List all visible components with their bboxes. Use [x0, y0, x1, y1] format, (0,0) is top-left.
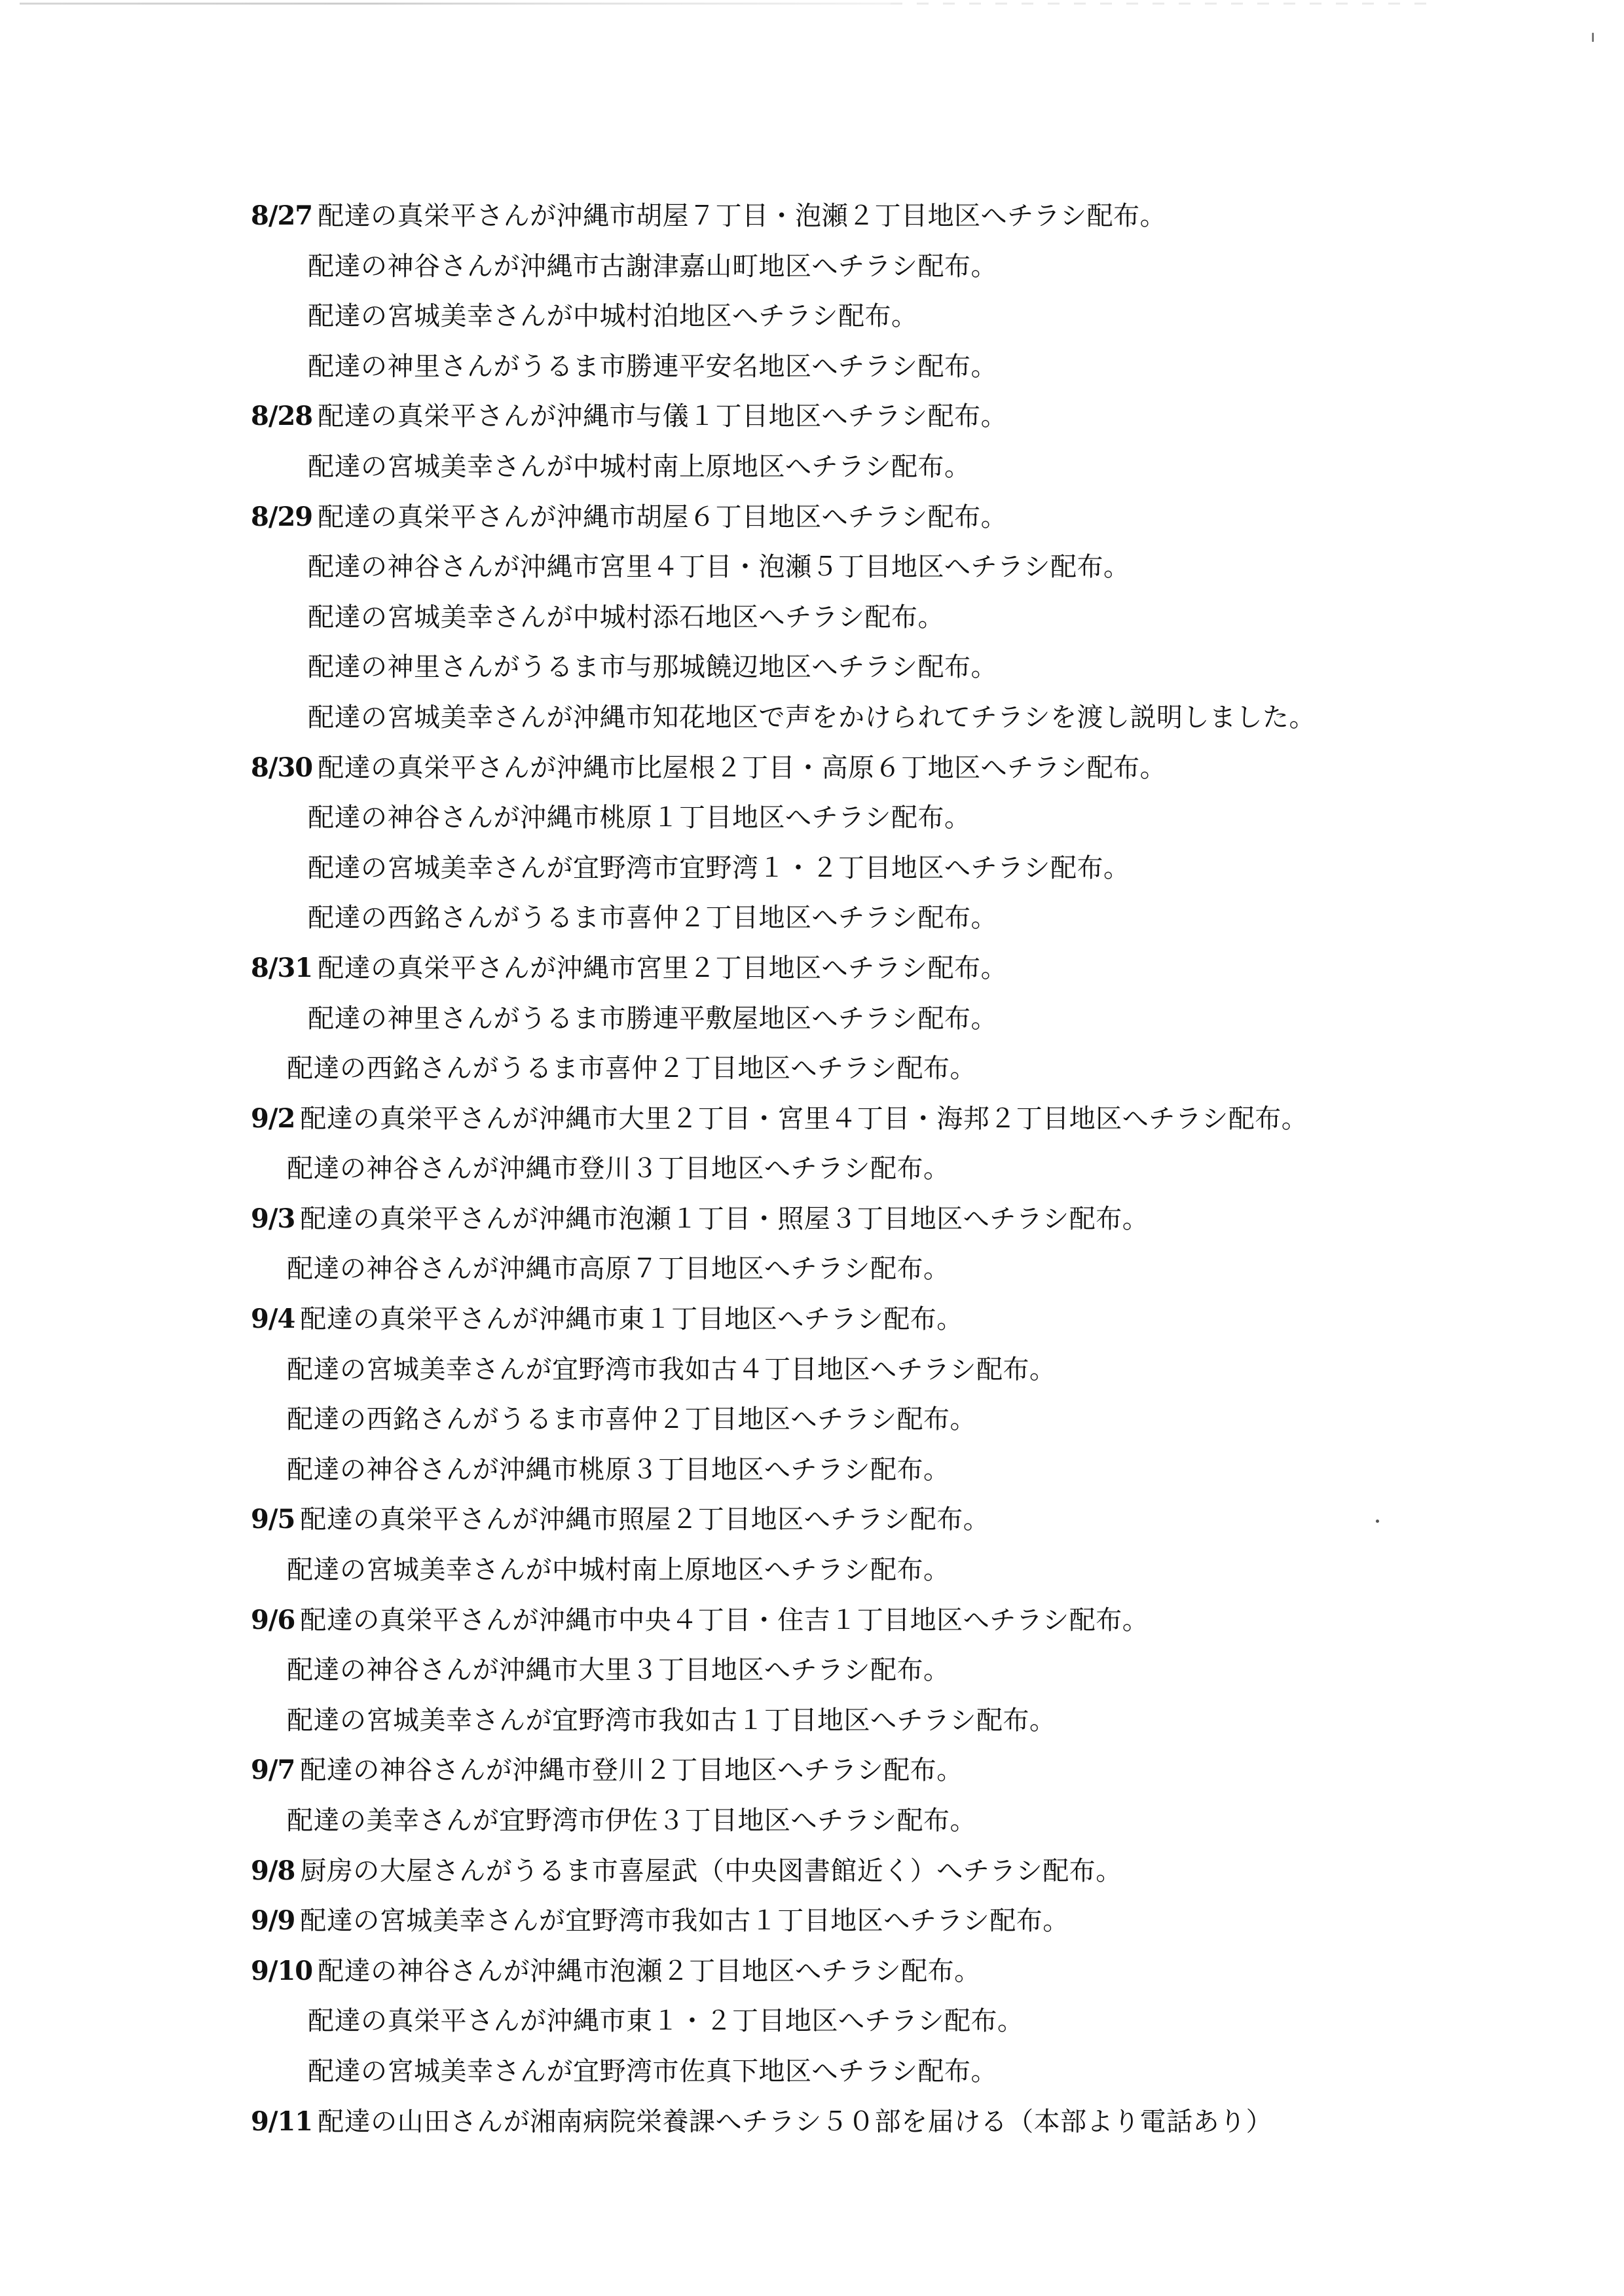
log-entry-dated: 8/29配達の真栄平さんが沖縄市胡屋６丁目地区へチラシ配布。: [0, 501, 1624, 552]
log-entry-dated: 9/4配達の真栄平さんが沖縄市東１丁目地区へチラシ配布。: [0, 1303, 1624, 1354]
entry-text: 配達の山田さんが湘南病院栄養課へチラシ５０部を届ける（本部より電話あり）: [318, 2107, 1272, 2137]
log-entry: 配達の宮城美幸さんが宜野湾市我如古４丁目地区へチラシ配布。: [0, 1354, 1624, 1404]
log-entry: 配達の宮城美幸さんが中城村南上原地区へチラシ配布。: [0, 1554, 1624, 1605]
entry-text: 配達の神谷さんが沖縄市泡瀬２丁目地区へチラシ配布。: [318, 1956, 981, 1986]
entry-text: 配達の宮城美幸さんが沖縄市知花地区で声をかけられてチラシを渡し説明しました。: [308, 702, 1316, 733]
log-entry: 配達の神谷さんが沖縄市大里３丁目地区へチラシ配布。: [0, 1654, 1624, 1705]
entry-text: 配達の真栄平さんが沖縄市胡屋６丁目地区へチラシ配布。: [318, 502, 1007, 532]
log-entry: 配達の美幸さんが宜野湾市伊佐３丁目地区へチラシ配布。: [0, 1805, 1624, 1855]
log-entry-dated: 9/5配達の真栄平さんが沖縄市照屋２丁目地区へチラシ配布。: [0, 1504, 1624, 1554]
entry-text: 配達の西銘さんがうるま市喜仲２丁目地区へチラシ配布。: [287, 1053, 976, 1084]
entry-text: 配達の宮城美幸さんが宜野湾市佐真下地区へチラシ配布。: [308, 2056, 997, 2086]
entry-text: 配達の宮城美幸さんが中城村南上原地区へチラシ配布。: [308, 452, 971, 482]
scan-artifact-top-edge: [20, 3, 891, 5]
log-entry: 配達の神谷さんが沖縄市宮里４丁目・泡瀬５丁目地区へチラシ配布。: [0, 551, 1624, 602]
entry-date: 9/3: [251, 1203, 295, 1234]
log-entry-dated: 9/6配達の真栄平さんが沖縄市中央４丁目・住吉１丁目地区へチラシ配布。: [0, 1605, 1624, 1655]
entry-text: 厨房の大屋さんがうるま市喜屋武（中央図書館近く）へチラシ配布。: [300, 1856, 1122, 1886]
entry-date: 8/27: [251, 200, 312, 231]
entry-text: 配達の西銘さんがうるま市喜仲２丁目地区へチラシ配布。: [287, 1404, 976, 1434]
entry-date: 9/11: [251, 2106, 312, 2137]
entry-text: 配達の真栄平さんが沖縄市中央４丁目・住吉１丁目地区へチラシ配布。: [300, 1605, 1149, 1635]
log-entry: 配達の神谷さんが沖縄市古謝津嘉山町地区へチラシ配布。: [0, 251, 1624, 301]
entry-date: 9/4: [251, 1303, 295, 1334]
entry-text: 配達の神谷さんが沖縄市登川２丁目地区へチラシ配布。: [300, 1755, 963, 1785]
entry-text: 配達の真栄平さんが沖縄市東１丁目地区へチラシ配布。: [300, 1304, 963, 1334]
entry-text: 配達の神里さんがうるま市勝連平敷屋地区へチラシ配布。: [308, 1004, 997, 1034]
entry-text: 配達の西銘さんがうるま市喜仲２丁目地区へチラシ配布。: [308, 903, 997, 933]
flyer-distribution-log: 8/27配達の真栄平さんが沖縄市胡屋７丁目・泡瀬２丁目地区へチラシ配布。配達の神…: [0, 200, 1624, 2156]
entry-text: 配達の宮城美幸さんが中城村南上原地区へチラシ配布。: [287, 1555, 950, 1585]
entry-text: 配達の神谷さんが沖縄市登川３丁目地区へチラシ配布。: [287, 1154, 950, 1184]
entry-date: 9/8: [251, 1855, 295, 1886]
entry-text: 配達の真栄平さんが沖縄市与儀１丁目地区へチラシ配布。: [318, 401, 1007, 431]
entry-text: 配達の宮城美幸さんが中城村泊地区へチラシ配布。: [308, 301, 918, 331]
scan-artifact-top-edge-faint: [891, 3, 1428, 5]
log-entry: 配達の宮城美幸さんが沖縄市知花地区で声をかけられてチラシを渡し説明しました。: [0, 702, 1624, 752]
log-entry: 配達の神谷さんが沖縄市桃原１丁目地区へチラシ配布。: [0, 802, 1624, 852]
log-entry: 配達の西銘さんがうるま市喜仲２丁目地区へチラシ配布。: [0, 902, 1624, 953]
log-entry: 配達の神里さんがうるま市勝連平安名地区へチラシ配布。: [0, 351, 1624, 401]
entry-text: 配達の宮城美幸さんが宜野湾市我如古１丁目地区へチラシ配布。: [300, 1906, 1069, 1936]
entry-date: 8/30: [251, 752, 312, 783]
entry-text: 配達の神谷さんが沖縄市宮里４丁目・泡瀬５丁目地区へチラシ配布。: [308, 552, 1130, 582]
log-entry: 配達の宮城美幸さんが宜野湾市我如古１丁目地区へチラシ配布。: [0, 1705, 1624, 1755]
entry-text: 配達の神谷さんが沖縄市桃原１丁目地区へチラシ配布。: [308, 803, 971, 833]
log-entry: 配達の宮城美幸さんが宜野湾市宜野湾１・２丁目地区へチラシ配布。: [0, 852, 1624, 903]
entry-text: 配達の神谷さんが沖縄市桃原３丁目地区へチラシ配布。: [287, 1455, 950, 1485]
log-entry-dated: 9/2配達の真栄平さんが沖縄市大里２丁目・宮里４丁目・海邦２丁目地区へチラシ配布…: [0, 1103, 1624, 1154]
log-entry: 配達の神谷さんが沖縄市登川３丁目地区へチラシ配布。: [0, 1153, 1624, 1203]
entry-text: 配達の宮城美幸さんが宜野湾市我如古４丁目地区へチラシ配布。: [287, 1355, 1056, 1385]
entry-text: 配達の神里さんがうるま市勝連平安名地区へチラシ配布。: [308, 352, 997, 382]
entry-text: 配達の宮城美幸さんが中城村添石地区へチラシ配布。: [308, 602, 944, 632]
entry-date: 8/31: [251, 953, 312, 983]
log-entry: 配達の神谷さんが沖縄市高原７丁目地区へチラシ配布。: [0, 1253, 1624, 1303]
entry-text: 配達の真栄平さんが沖縄市大里２丁目・宮里４丁目・海邦２丁目地区へチラシ配布。: [300, 1104, 1308, 1134]
log-entry: 配達の宮城美幸さんが中城村南上原地区へチラシ配布。: [0, 451, 1624, 501]
log-entry-dated: 8/28配達の真栄平さんが沖縄市与儀１丁目地区へチラシ配布。: [0, 401, 1624, 451]
entry-date: 9/10: [251, 1956, 312, 1986]
log-entry-dated: 9/7配達の神谷さんが沖縄市登川２丁目地区へチラシ配布。: [0, 1755, 1624, 1805]
entry-text: 配達の真栄平さんが沖縄市胡屋７丁目・泡瀬２丁目地区へチラシ配布。: [318, 201, 1166, 231]
log-entry: 配達の西銘さんがうるま市喜仲２丁目地区へチラシ配布。: [0, 1053, 1624, 1103]
log-entry: 配達の宮城美幸さんが宜野湾市佐真下地区へチラシ配布。: [0, 2056, 1624, 2106]
entry-text: 配達の神谷さんが沖縄市古謝津嘉山町地区へチラシ配布。: [308, 251, 997, 282]
log-entry-dated: 9/9配達の宮城美幸さんが宜野湾市我如古１丁目地区へチラシ配布。: [0, 1905, 1624, 1956]
entry-text: 配達の真栄平さんが沖縄市宮里２丁目地区へチラシ配布。: [318, 953, 1007, 983]
entry-text: 配達の真栄平さんが沖縄市比屋根２丁目・高原６丁地区へチラシ配布。: [318, 753, 1166, 783]
log-entry-dated: 9/11配達の山田さんが湘南病院栄養課へチラシ５０部を届ける（本部より電話あり）: [0, 2106, 1624, 2157]
entry-text: 配達の神里さんがうるま市与那城饒辺地区へチラシ配布。: [308, 652, 997, 682]
log-entry-dated: 8/31配達の真栄平さんが沖縄市宮里２丁目地区へチラシ配布。: [0, 953, 1624, 1003]
log-entry-dated: 9/8厨房の大屋さんがうるま市喜屋武（中央図書館近く）へチラシ配布。: [0, 1855, 1624, 1906]
log-entry: 配達の真栄平さんが沖縄市東１・２丁目地区へチラシ配布。: [0, 2005, 1624, 2056]
entry-text: 配達の神谷さんが沖縄市大里３丁目地区へチラシ配布。: [287, 1655, 950, 1685]
entry-text: 配達の宮城美幸さんが宜野湾市宜野湾１・２丁目地区へチラシ配布。: [308, 853, 1130, 883]
entry-date: 9/2: [251, 1103, 295, 1134]
log-entry-dated: 9/10配達の神谷さんが沖縄市泡瀬２丁目地区へチラシ配布。: [0, 1956, 1624, 2006]
entry-date: 8/29: [251, 501, 312, 532]
log-entry: 配達の西銘さんがうるま市喜仲２丁目地区へチラシ配布。: [0, 1404, 1624, 1454]
entry-date: 9/9: [251, 1905, 295, 1936]
entry-text: 配達の真栄平さんが沖縄市東１・２丁目地区へチラシ配布。: [308, 2006, 1024, 2036]
entry-text: 配達の真栄平さんが沖縄市泡瀬１丁目・照屋３丁目地区へチラシ配布。: [300, 1204, 1149, 1234]
scan-speck: [1592, 33, 1594, 42]
entry-text: 配達の宮城美幸さんが宜野湾市我如古１丁目地区へチラシ配布。: [287, 1705, 1056, 1736]
log-entry: 配達の神谷さんが沖縄市桃原３丁目地区へチラシ配布。: [0, 1454, 1624, 1504]
entry-date: 9/7: [251, 1755, 295, 1785]
entry-text: 配達の美幸さんが宜野湾市伊佐３丁目地区へチラシ配布。: [287, 1806, 976, 1836]
log-entry-dated: 9/3配達の真栄平さんが沖縄市泡瀬１丁目・照屋３丁目地区へチラシ配布。: [0, 1203, 1624, 1254]
log-entry-dated: 8/27配達の真栄平さんが沖縄市胡屋７丁目・泡瀬２丁目地区へチラシ配布。: [0, 200, 1624, 251]
log-entry: 配達の宮城美幸さんが中城村泊地区へチラシ配布。: [0, 301, 1624, 351]
log-entry: 配達の神里さんがうるま市勝連平敷屋地区へチラシ配布。: [0, 1003, 1624, 1053]
entry-date: 8/28: [251, 401, 312, 431]
entry-date: 9/6: [251, 1605, 295, 1635]
entry-text: 配達の神谷さんが沖縄市高原７丁目地区へチラシ配布。: [287, 1254, 950, 1284]
log-entry: 配達の神里さんがうるま市与那城饒辺地区へチラシ配布。: [0, 651, 1624, 702]
log-entry-dated: 8/30配達の真栄平さんが沖縄市比屋根２丁目・高原６丁地区へチラシ配布。: [0, 752, 1624, 803]
entry-text: 配達の真栄平さんが沖縄市照屋２丁目地区へチラシ配布。: [300, 1504, 989, 1535]
entry-date: 9/5: [251, 1504, 295, 1535]
log-entry: 配達の宮城美幸さんが中城村添石地区へチラシ配布。: [0, 602, 1624, 652]
